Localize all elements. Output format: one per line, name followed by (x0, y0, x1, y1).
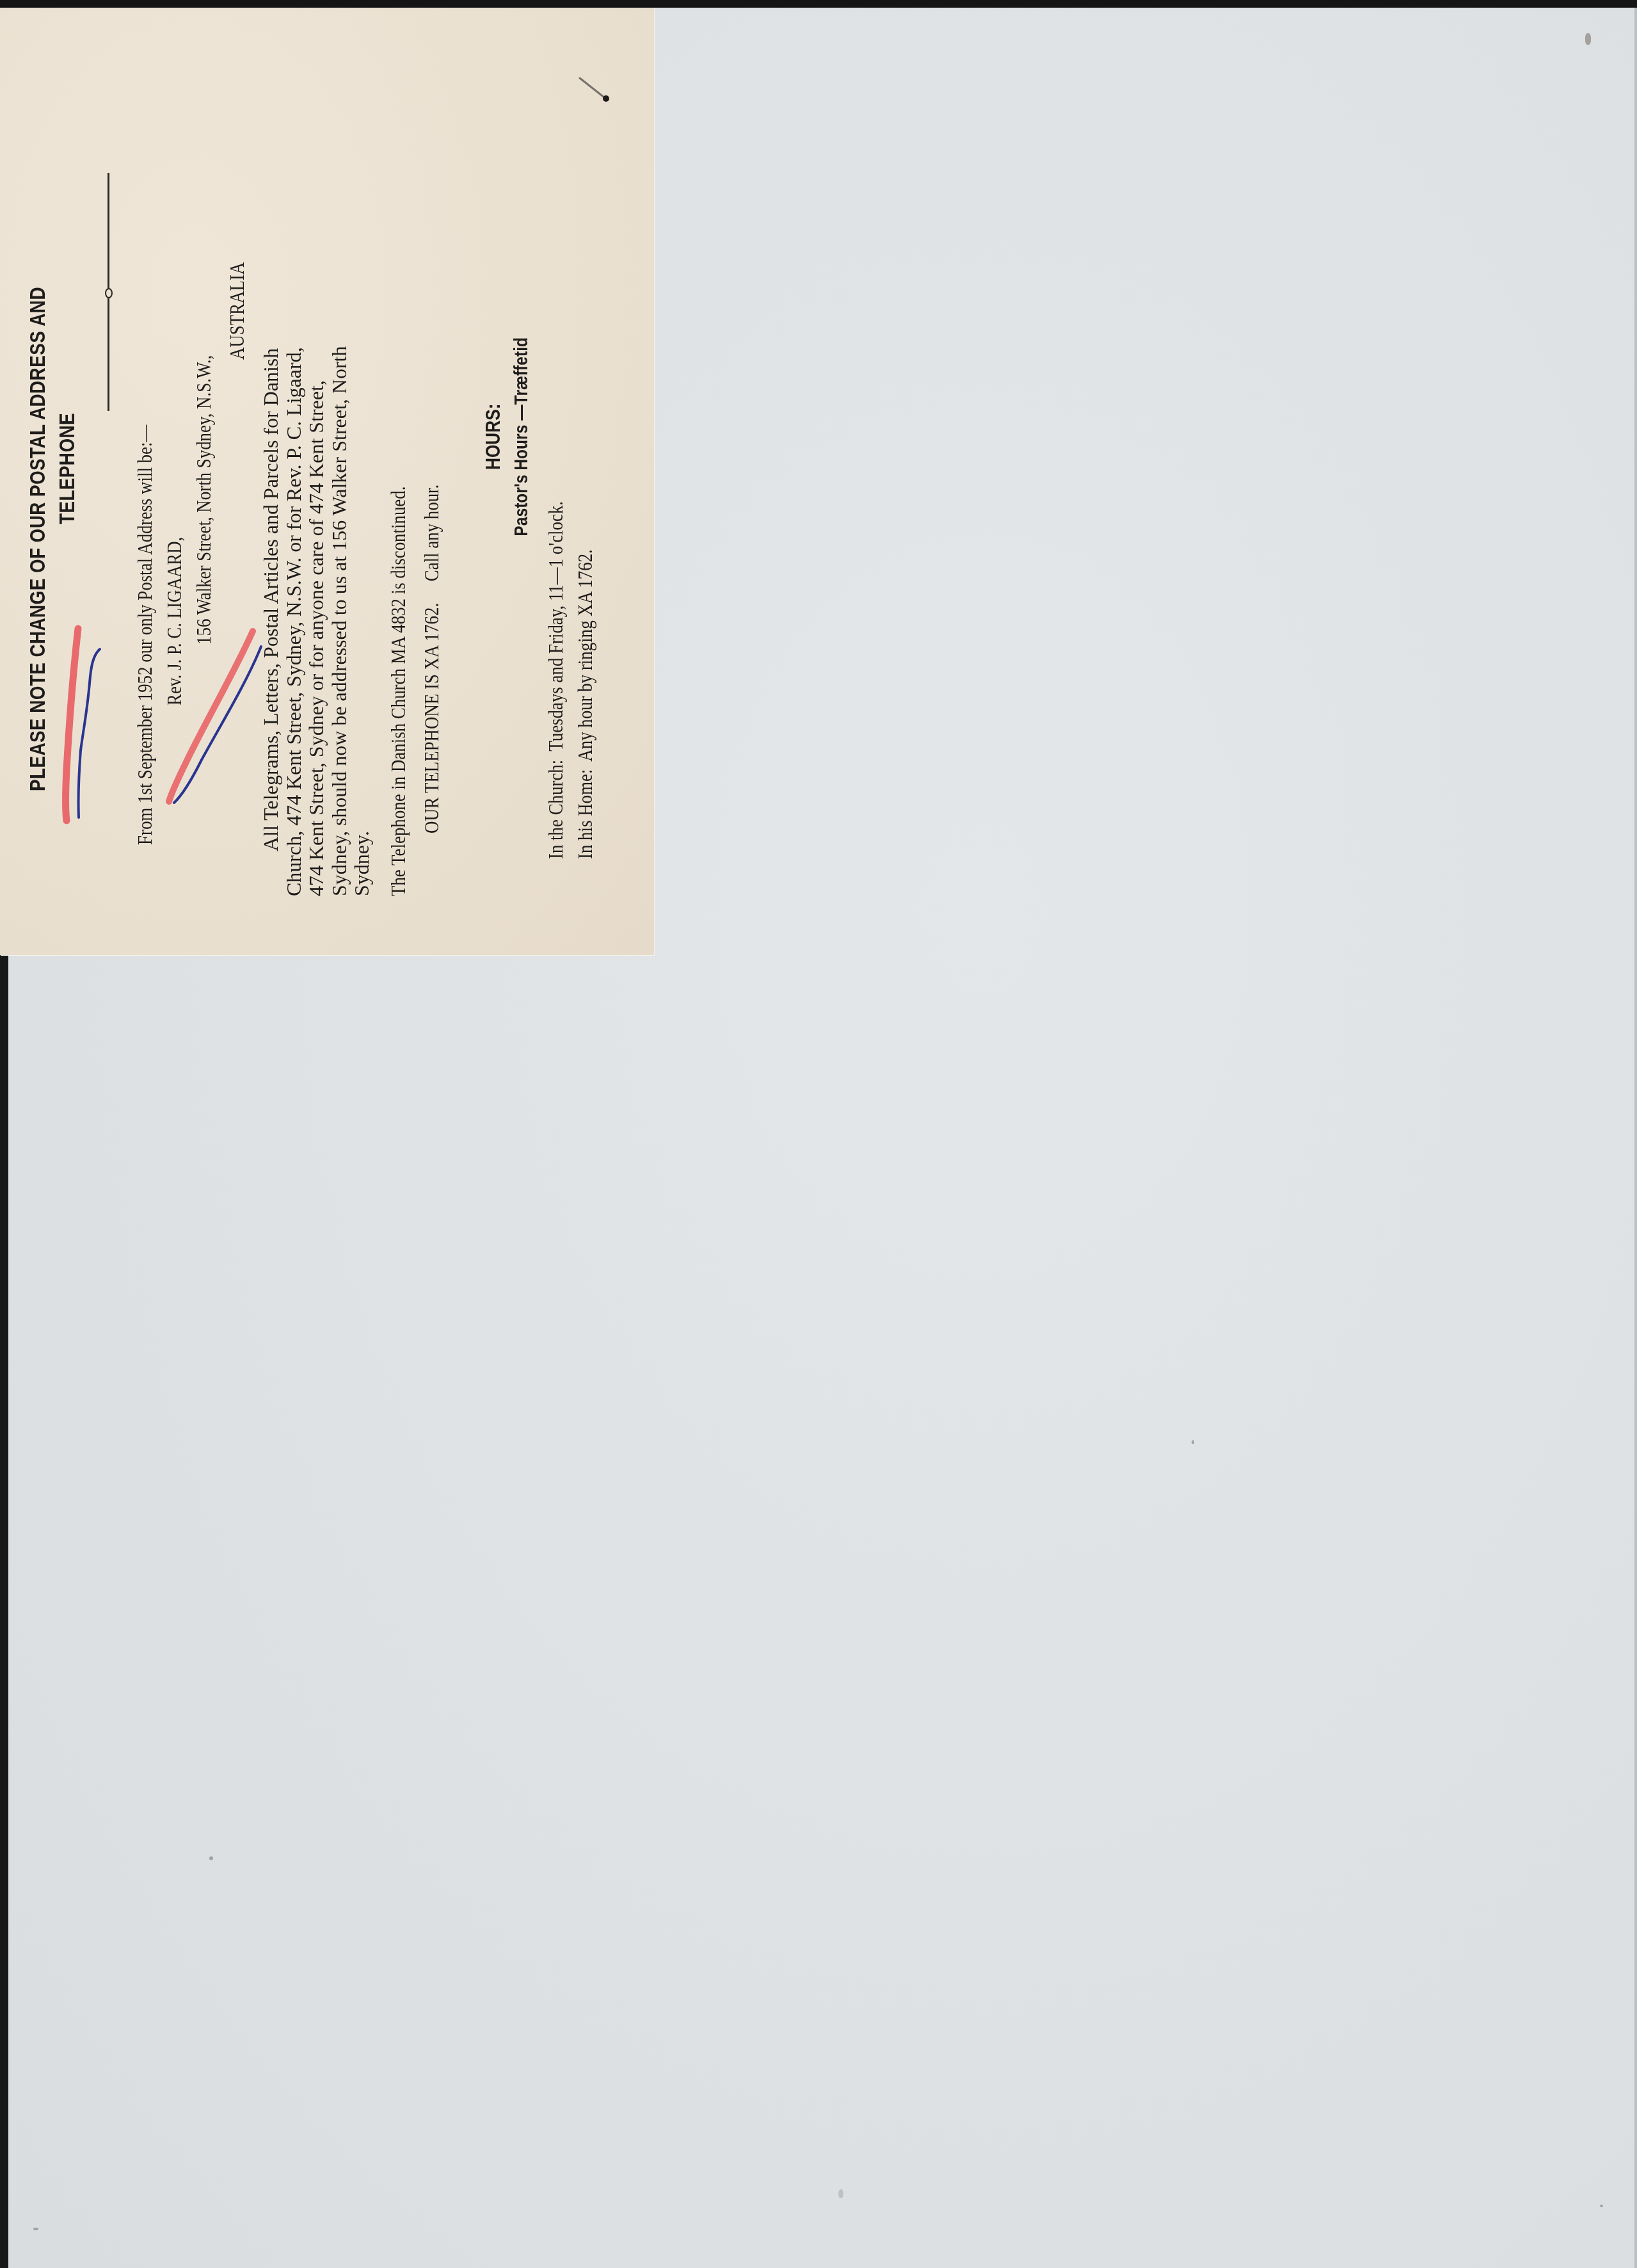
scan-edge-left (0, 955, 8, 2268)
notice-card: PLEASE NOTE CHANGE OF OUR POSTAL ADDRESS… (0, 8, 654, 955)
dust-speck (33, 2228, 38, 2230)
card-rotated-content: PLEASE NOTE CHANGE OF OUR POSTAL ADDRESS… (0, 8, 654, 955)
home-hours: In his Home: Any hour by ringing XA 1762… (573, 549, 597, 859)
divider-knob (105, 288, 113, 298)
dust-speck (1192, 1440, 1194, 1444)
new-telephone-number: OUR TELEPHONE IS XA 1762. Call any hour. (420, 485, 443, 833)
scan-edge-right (1634, 8, 1637, 2268)
addressee-name: Rev. J. P. C. LIGAARD, (163, 537, 186, 705)
paragraph-line: Church, 474 Kent Street, Sydney, N.S.W. … (283, 64, 306, 896)
church-hours: In the Church: Tuesdays and Friday, 11—1… (544, 501, 568, 859)
street-address: 156 Walker Street, North Sydney, N.S.W., (192, 355, 216, 645)
address-intro: From 1st September 1952 our only Postal … (133, 425, 157, 845)
paragraph-line: 474 Kent Street, Sydney or for anyone ca… (305, 64, 328, 896)
hours-heading: HOURS: (481, 93, 505, 870)
pastors-hours-subheading: Pastor's Hours —Træffetid (511, 93, 532, 870)
dust-speck (1600, 2205, 1603, 2207)
dust-speck (209, 1856, 213, 1860)
mail-forwarding-paragraph: All Telegrams, Letters, Postal Articles … (260, 64, 374, 896)
paragraph-line: All Telegrams, Letters, Postal Articles … (260, 64, 283, 896)
country: AUSTRALIA (225, 262, 249, 360)
paragraph-line: Sydney, should now be addressed to us at… (328, 64, 351, 896)
paragraph-line: Sydney. (351, 64, 374, 896)
dust-speck (838, 2189, 843, 2198)
notice-title-line-2: TELEPHONE (55, 80, 80, 857)
dust-speck (1585, 33, 1591, 45)
notice-title-line-1: PLEASE NOTE CHANGE OF OUR POSTAL ADDRESS… (26, 150, 51, 928)
divider-ornament (105, 173, 111, 411)
telephone-discontinued-notice: The Telephone in Danish Church MA 4832 i… (387, 487, 410, 896)
scan-edge-top (0, 0, 1637, 8)
